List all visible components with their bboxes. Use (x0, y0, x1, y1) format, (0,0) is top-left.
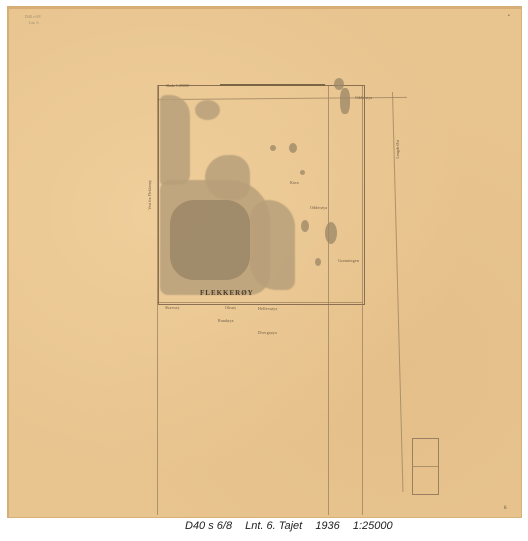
island (270, 145, 276, 151)
corner-mark-top-right: • (508, 14, 510, 19)
place-label-flekkeroy: FLEKKERØY (200, 289, 254, 297)
scale-label: 1:25000 (353, 520, 393, 532)
landmass-north (160, 95, 190, 185)
scale-caption: Skala 1:25000 (166, 83, 189, 88)
island (289, 143, 297, 153)
place-name: Dvergsøya (258, 330, 277, 335)
place-name: Kinn (290, 180, 299, 185)
place-name: Odderøya (355, 95, 372, 100)
inset-divider (412, 466, 438, 467)
scale-bar (220, 84, 325, 86)
island (315, 258, 321, 266)
sheet-code: D40 s 6/8 (185, 520, 232, 532)
place-name: Skarvøy (165, 305, 180, 310)
top-left-note: D40 s 6/8 (25, 14, 41, 19)
place-name: Odderøya (310, 205, 327, 210)
landmass-central (205, 155, 250, 200)
place-name: Randøya (218, 318, 234, 323)
year-label: 1936 (315, 520, 339, 532)
place-name: Hellersøya (258, 306, 277, 311)
left-vertical-caption: Vest for Flekkerøy (147, 180, 152, 210)
landmass-east (250, 200, 295, 290)
top-left-note-2: Lnt. 6 (29, 20, 39, 25)
island-long (340, 88, 350, 114)
sheet-top-edge (7, 6, 522, 9)
island (300, 170, 305, 175)
sheet-left-edge (7, 6, 9, 518)
footer-caption: D40 s 6/8 Lnt. 6. Tajet 1936 1:25000 (185, 520, 403, 532)
island (325, 222, 337, 244)
landmass-detail (170, 200, 250, 280)
corner-mark-bottom-right: 6 (504, 506, 507, 511)
series-label: Lnt. 6. Tajet (245, 520, 302, 532)
right-vertical-caption: Lengde Øst (395, 140, 400, 159)
island-north (195, 100, 220, 120)
island (301, 220, 309, 232)
place-name: Grønningen (338, 258, 359, 263)
place-name: Oksøy (225, 305, 236, 310)
